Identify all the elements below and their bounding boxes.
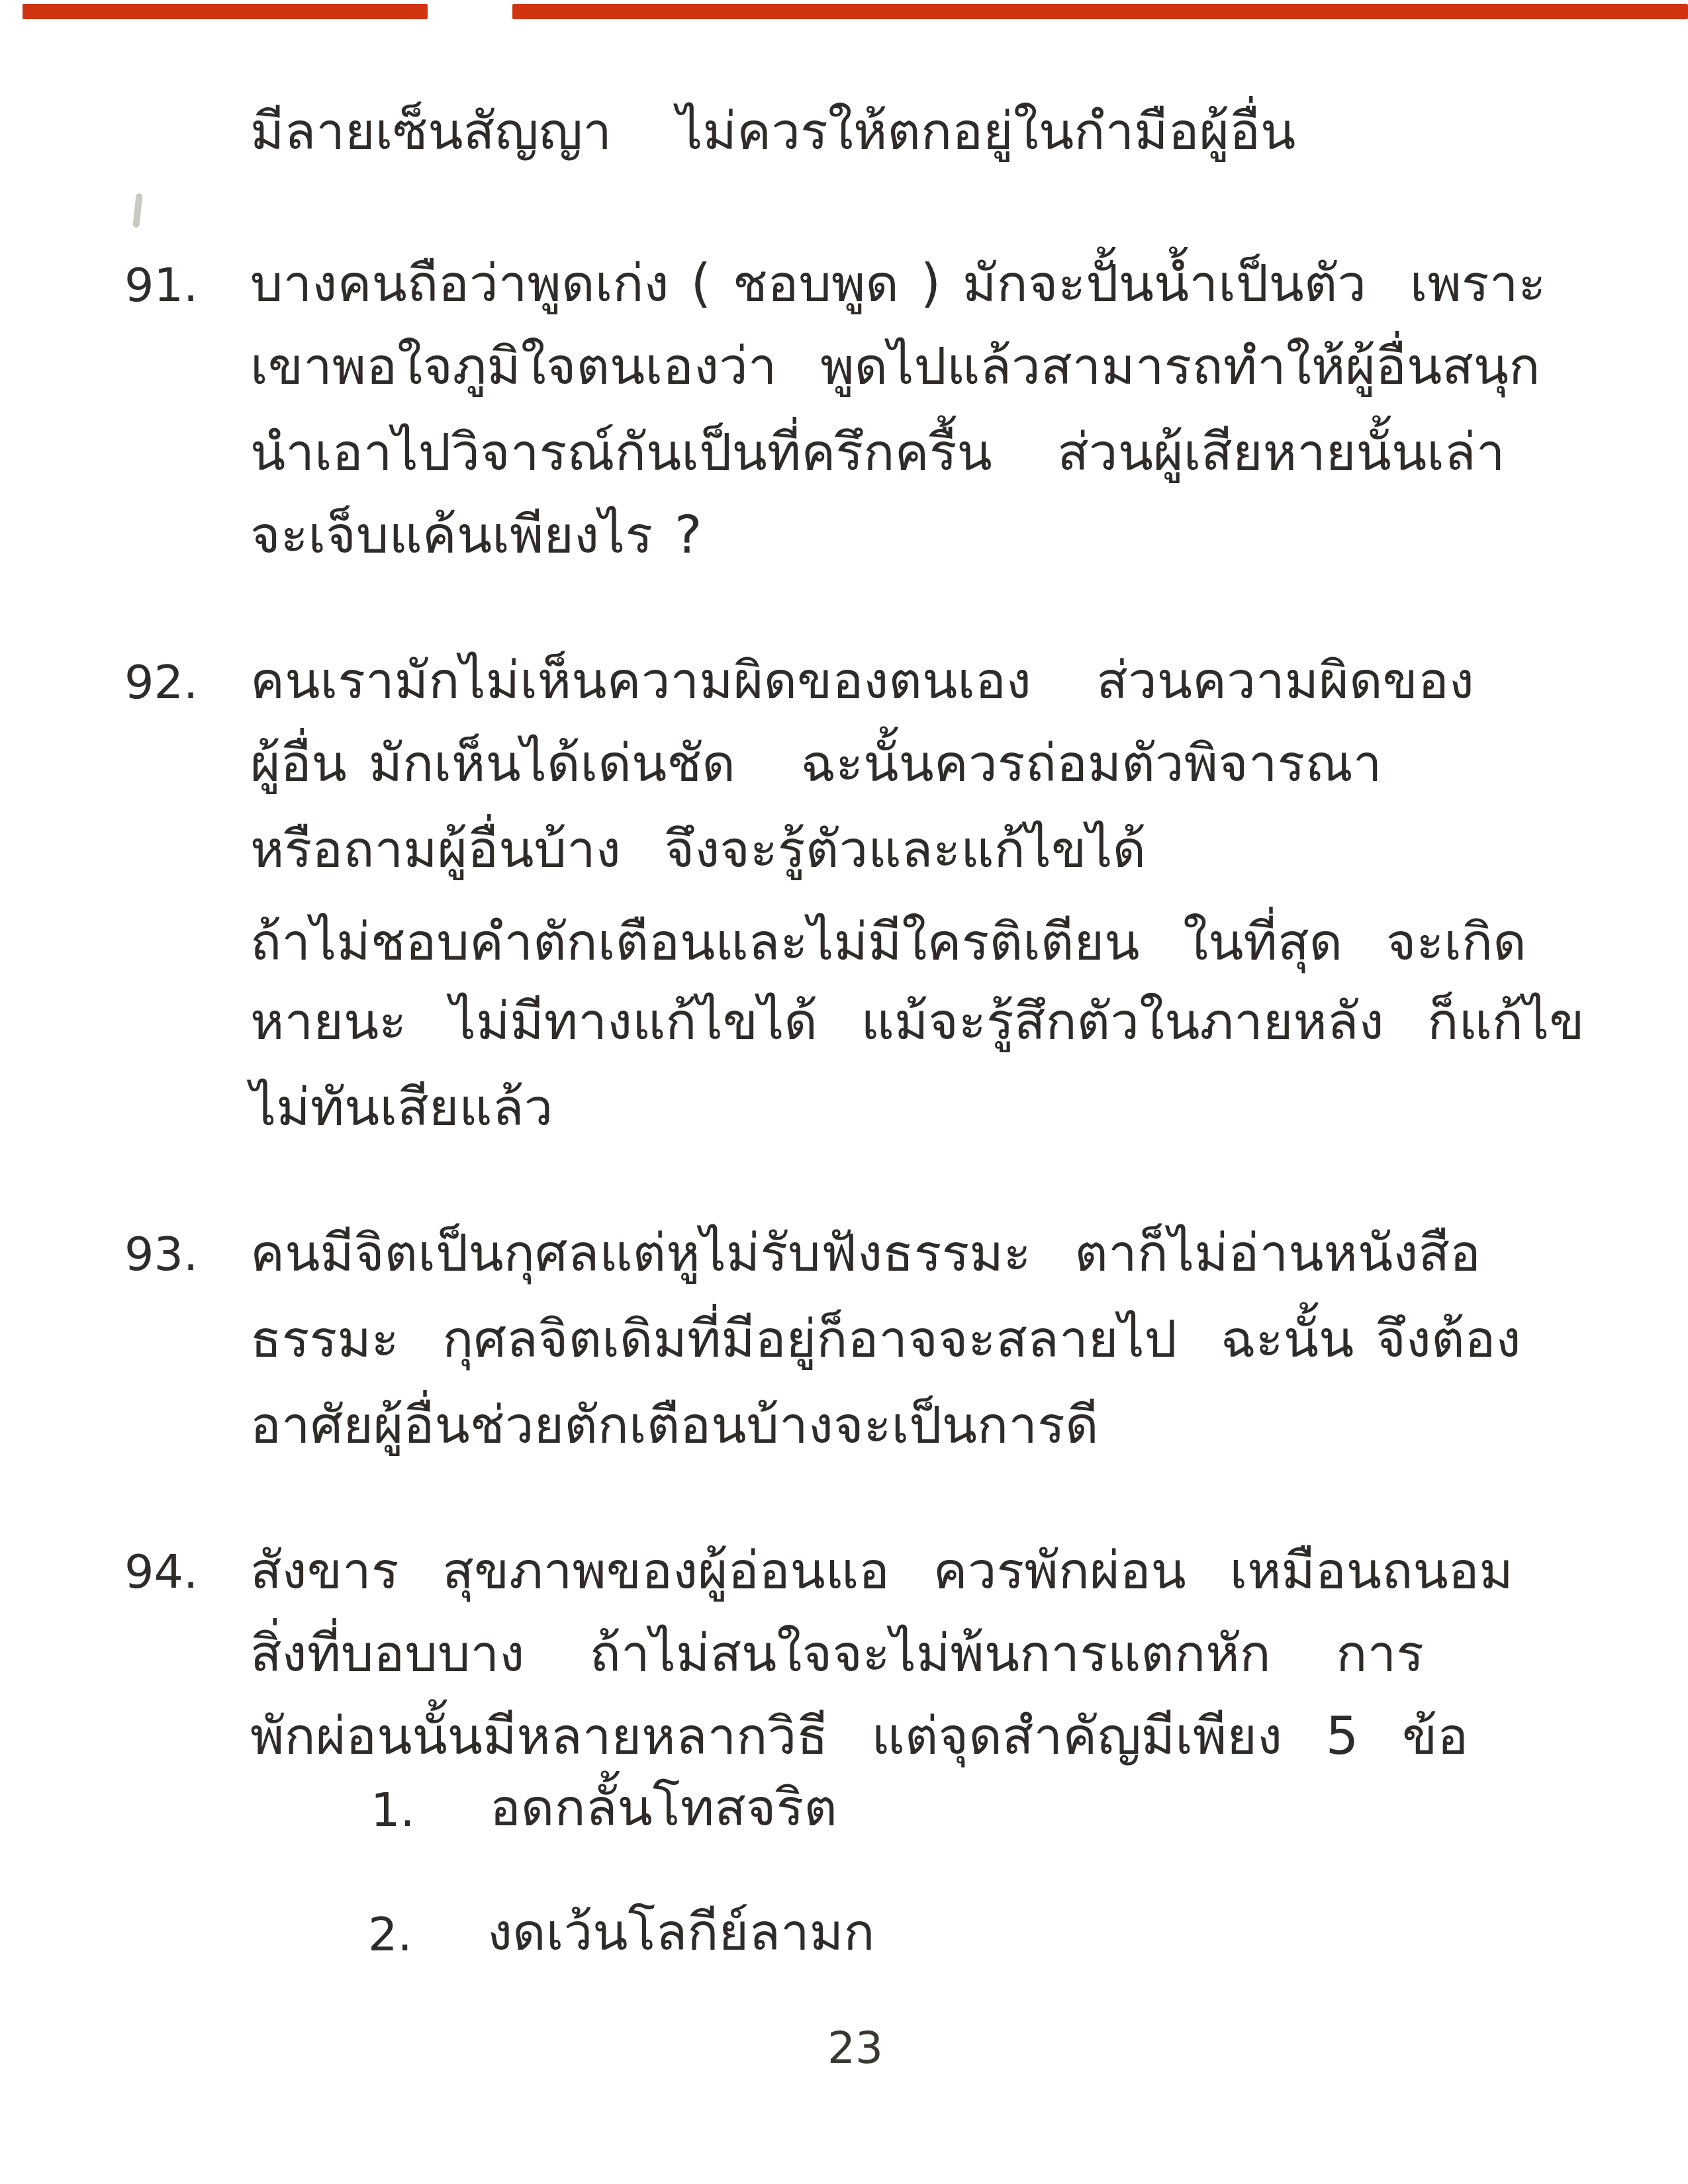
item-91-line-2: เขาพอใจภูมิใจตนเองว่า พูดไปแล้วสามารถทำใ… (250, 341, 1540, 392)
ink-smudge-artifact (132, 193, 142, 228)
item-92-line-4: ถ้าไม่ชอบคำตักเตือนและไม่มีใครติเตียน ใน… (250, 917, 1526, 968)
item-91-line-3: นำเอาไปวิจารณ์กันเป็นที่ครึกครื้น ส่วนผู… (250, 427, 1505, 478)
item-93-line-1: คนมีจิตเป็นกุศลแต่หูไม่รับฟังธรรมะ ตาก็ไ… (250, 1228, 1481, 1279)
item-94-line-3: พักผ่อนนั้นมีหลายหลากวิธี แต่จุดสำคัญมีเ… (250, 1711, 1468, 1762)
item-91-number: 91. (124, 262, 198, 308)
item-92-line-1: คนเรามักไม่เห็นความผิดของตนเอง ส่วนความผ… (250, 655, 1474, 707)
item-91-line-1: บางคนถือว่าพูดเก่ง ( ชอบพูด ) มักจะปั้นน… (250, 258, 1546, 310)
item-92-line-2: ผู้อื่น มักเห็นได้เด่นชัด ฉะนั้นควรถ่อมต… (250, 738, 1382, 790)
item-92-line-5: หายนะ ไม่มีทางแก้ไขได้ แม้จะรู้สึกตัวในภ… (250, 996, 1585, 1048)
item-94-number: 94. (124, 1549, 198, 1595)
item-92-number: 92. (124, 659, 198, 705)
continuation-line: มีลายเซ็นสัญญา ไม่ควรให้ตกอยู่ในกำมือผู้… (250, 106, 1295, 158)
item-93-number: 93. (124, 1231, 198, 1277)
item-93-line-3: อาศัยผู้อื่นช่วยตักเตือนบ้างจะเป็นการดี (250, 1400, 1099, 1451)
item-94-line-1: สังขาร สุขภาพของผู้อ่อนแอ ควรพักผ่อน เหม… (250, 1545, 1513, 1597)
item-92-line-3: หรือถามผู้อื่นบ้าง จึงจะรู้ตัวและแก้ไขได… (250, 824, 1146, 876)
page-number: 23 (827, 2026, 883, 2070)
item-91-line-4: จะเจ็บแค้นเพียงไร ? (250, 510, 702, 561)
sublist-item-2-number: 2. (368, 1911, 412, 1958)
scan-artifact-bar-left (23, 4, 428, 19)
sublist-item-1-text: อดกลั้นโทสจริต (490, 1782, 837, 1834)
sublist-item-1-number: 1. (371, 1787, 415, 1833)
item-92-line-6: ไม่ทันเสียแล้ว (250, 1082, 553, 1134)
sublist-item-2-text: งดเว้นโลกีย์ลามก (487, 1907, 874, 1958)
scanned-page: มีลายเซ็นสัญญา ไม่ควรให้ตกอยู่ในกำมือผู้… (0, 0, 1688, 2184)
item-94-line-2: สิ่งที่บอบบาง ถ้าไม่สนใจจะไม่พ้นการแตกหั… (250, 1628, 1424, 1680)
scan-artifact-bar-right (512, 4, 1688, 19)
item-93-line-2: ธรรมะ กุศลจิตเดิมที่มีอยู่ก็อาจจะสลายไป … (250, 1314, 1521, 1365)
